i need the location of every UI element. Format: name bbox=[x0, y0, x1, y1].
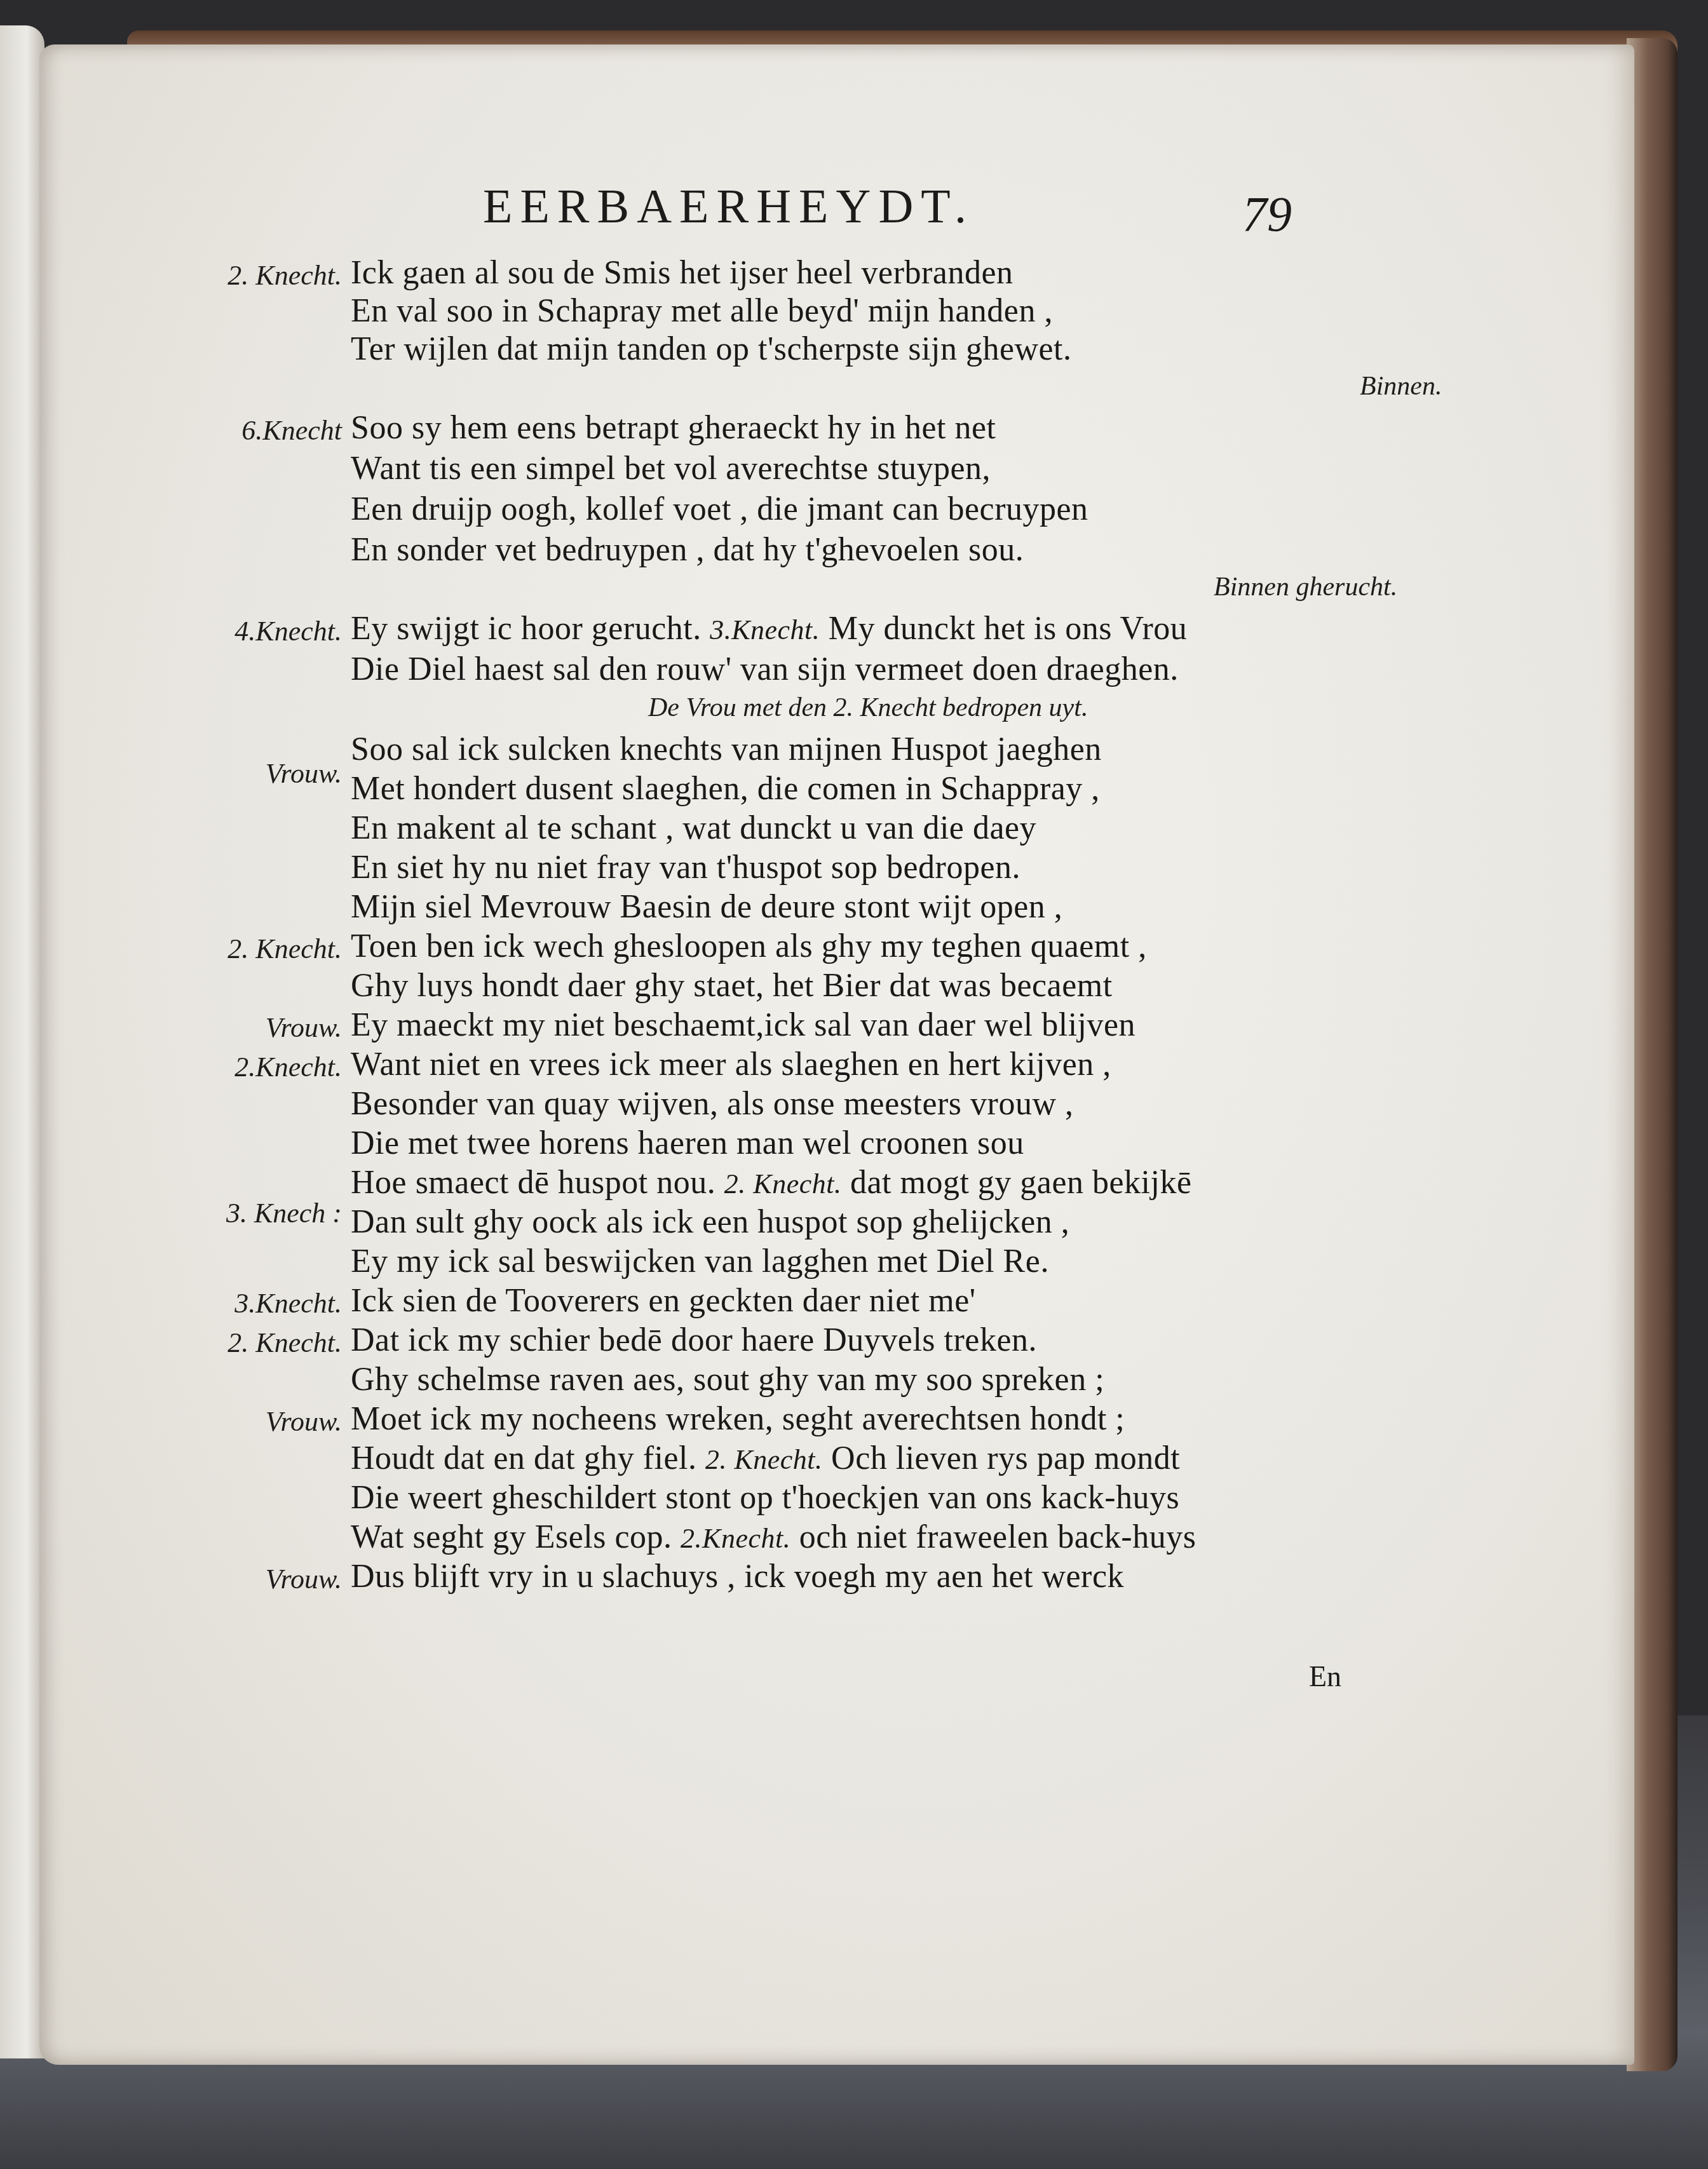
verse-text: Ter wijlen dat mijn tanden op t'scherpst… bbox=[351, 330, 1072, 368]
verse-line: Houdt dat en dat ghy fiel. 2. Knecht. Oc… bbox=[0, 1440, 1708, 1478]
verse-text-part: Hoe smaect dē huspot nou. bbox=[351, 1165, 715, 1201]
verse-line: Ghy luys hondt daer ghy staet, het Bier … bbox=[0, 967, 1708, 1005]
verse-text: Wat seght gy Esels cop. 2.Knecht. och ni… bbox=[351, 1518, 1196, 1556]
verse-line: Vrouw. Ey maeckt my niet beschaemt,ick s… bbox=[0, 1006, 1708, 1044]
page-number: 79 bbox=[1242, 186, 1292, 243]
verse-line: 6.Knecht Soo sy hem eens betrapt gheraec… bbox=[0, 409, 1708, 447]
verse-text: Houdt dat en dat ghy fiel. 2. Knecht. Oc… bbox=[351, 1440, 1180, 1477]
speaker-label: Vrouw. bbox=[266, 1011, 342, 1044]
verse-line: En siet hy nu niet fray van t'huspot sop… bbox=[0, 849, 1708, 887]
verse-line: Vrouw. Dus blijft vry in u slachuys , ic… bbox=[0, 1558, 1708, 1596]
verse-line: En val soo in Schapray met alle beyd' mi… bbox=[0, 292, 1708, 330]
speaker-label: 2. Knecht. bbox=[227, 259, 342, 292]
verse-text: Een druijp oogh, kollef voet , die jmant… bbox=[351, 490, 1088, 528]
verse-line: En makent al te schant , wat dunckt u va… bbox=[0, 809, 1708, 848]
verse-text-part: Houdt dat en dat ghy fiel. bbox=[351, 1440, 696, 1476]
verse-text-part: Wat seght gy Esels cop. bbox=[351, 1519, 672, 1555]
verse-line: 2. Knecht. Ick gaen al sou de Smis het i… bbox=[0, 254, 1708, 292]
verse-text: Soo sal ick sulcken knechts van mijnen H… bbox=[351, 731, 1102, 768]
verse-line: 2. Knecht. Toen ben ick wech ghesloopen … bbox=[0, 928, 1708, 966]
running-head: EERBAERHEYDT. bbox=[483, 179, 974, 234]
verse-text: Met hondert dusent slaeghen, die comen i… bbox=[351, 770, 1100, 807]
verse-text: Die met twee horens haeren man wel croon… bbox=[351, 1125, 1024, 1162]
verse-text: Dus blijft vry in u slachuys , ick voegh… bbox=[351, 1558, 1124, 1595]
verse-text: Ghy luys hondt daer ghy staet, het Bier … bbox=[351, 967, 1113, 1004]
verse-line: 4.Knecht. Ey swijgt ic hoor gerucht. 3.K… bbox=[0, 610, 1708, 648]
inline-speaker-label: 2. Knecht. bbox=[705, 1444, 823, 1475]
verse-line: Vrouw. Met hondert dusent slaeghen, die … bbox=[0, 770, 1708, 808]
verse-text: En val soo in Schapray met alle beyd' mi… bbox=[351, 292, 1053, 330]
verse-line: Ter wijlen dat mijn tanden op t'scherpst… bbox=[0, 330, 1708, 368]
inline-speaker-label: 2. Knecht. bbox=[724, 1168, 842, 1199]
verse-line: Wat seght gy Esels cop. 2.Knecht. och ni… bbox=[0, 1518, 1708, 1557]
verse-line: En sonder vet bedruypen , dat hy t'ghevo… bbox=[0, 531, 1708, 569]
verse-text-part: och niet fraweelen back-huys bbox=[799, 1519, 1196, 1555]
verse-text: Moet ick my nocheens wreken, seght avere… bbox=[351, 1400, 1125, 1438]
verse-line: 2. Knecht. Dat ick my schier bedē door h… bbox=[0, 1321, 1708, 1360]
verse-text: Ey my ick sal beswijcken van lagghen met… bbox=[351, 1243, 1049, 1280]
speaker-label: Vrouw. bbox=[266, 757, 342, 790]
verse-text: Ghy schelmse raven aes, sout ghy van my … bbox=[351, 1361, 1104, 1398]
speaker-label: Vrouw. bbox=[266, 1563, 342, 1595]
verse-line: Hoe smaect dē huspot nou. 2. Knecht. dat… bbox=[0, 1164, 1708, 1202]
stage-direction: De Vrou met den 2. Knecht bedropen uyt. bbox=[0, 693, 1708, 731]
verse-line: Ey my ick sal beswijcken van lagghen met… bbox=[0, 1243, 1708, 1281]
speaker-label: 6.Knecht bbox=[241, 414, 342, 447]
verse-line: Vrouw. Moet ick my nocheens wreken, segh… bbox=[0, 1400, 1708, 1438]
verse-line: Die met twee horens haeren man wel croon… bbox=[0, 1125, 1708, 1163]
verse-text: Ick gaen al sou de Smis het ijser heel v… bbox=[351, 254, 1013, 292]
verse-text: Ey swijgt ic hoor gerucht. 3.Knecht. My … bbox=[351, 610, 1187, 647]
verse-line: 3.Knecht. Ick sien de Tooverers en geckt… bbox=[0, 1282, 1708, 1320]
speaker-label: 3.Knecht. bbox=[234, 1287, 342, 1320]
speaker-label: 2. Knecht. bbox=[227, 933, 342, 965]
verse-text: Ick sien de Tooverers en geckten daer ni… bbox=[351, 1282, 976, 1320]
verse-text: Ey maeckt my niet beschaemt,ick sal van … bbox=[351, 1006, 1135, 1044]
speaker-label: 3. Knech : bbox=[226, 1197, 342, 1229]
stage-direction-text: De Vrou met den 2. Knecht bedropen uyt. bbox=[648, 693, 1088, 723]
verse-line: Besonder van quay wijven, als onse meest… bbox=[0, 1085, 1708, 1123]
verse-text-part: Och lieven rys pap mondt bbox=[831, 1440, 1180, 1476]
verse-text-part: Ey swijgt ic hoor gerucht. bbox=[351, 611, 701, 647]
verse-line: 2.Knecht. Want niet en vrees ick meer al… bbox=[0, 1046, 1708, 1084]
verse-text: Want tis een simpel bet vol averechtse s… bbox=[351, 450, 991, 487]
verse-line: Ghy schelmse raven aes, sout ghy van my … bbox=[0, 1361, 1708, 1399]
inline-speaker-label: 2.Knecht. bbox=[681, 1523, 790, 1554]
verse-line: Soo sal ick sulcken knechts van mijnen H… bbox=[0, 731, 1708, 769]
verse-text: Toen ben ick wech ghesloopen als ghy my … bbox=[351, 928, 1147, 965]
stage-direction-text: Binnen. bbox=[1360, 371, 1442, 402]
speaker-label: Vrouw. bbox=[266, 1405, 342, 1438]
inline-speaker-label: 3.Knecht. bbox=[710, 614, 820, 645]
verse-text: En siet hy nu niet fray van t'huspot sop… bbox=[351, 849, 1020, 886]
verse-text-part: My dunckt het is ons Vrou bbox=[829, 611, 1188, 647]
verse-text: Soo sy hem eens betrapt gheraeckt hy in … bbox=[351, 409, 996, 447]
catchword: En bbox=[1309, 1659, 1341, 1693]
verse-text-part: dat mogt gy gaen bekijkē bbox=[850, 1165, 1192, 1201]
speaker-label: 2.Knecht. bbox=[234, 1051, 342, 1083]
stage-direction: Binnen gherucht. bbox=[0, 572, 1708, 610]
verse-line: Een druijp oogh, kollef voet , die jmant… bbox=[0, 490, 1708, 529]
verse-line: Want tis een simpel bet vol averechtse s… bbox=[0, 450, 1708, 488]
verse-text: Die Diel haest sal den rouw' van sijn ve… bbox=[351, 651, 1179, 688]
verse-text: Mijn siel Mevrouw Baesin de deure stont … bbox=[351, 888, 1062, 926]
verse-line: Mijn siel Mevrouw Baesin de deure stont … bbox=[0, 888, 1708, 926]
verse-text: Want niet en vrees ick meer als slaeghen… bbox=[351, 1046, 1111, 1083]
verse-text: Besonder van quay wijven, als onse meest… bbox=[351, 1085, 1073, 1123]
verse-text: En makent al te schant , wat dunckt u va… bbox=[351, 809, 1036, 847]
speaker-label: 4.Knecht. bbox=[234, 615, 342, 647]
verse-text: Die weert gheschildert stont op t'hoeckj… bbox=[351, 1479, 1179, 1517]
stage-direction-text: Binnen gherucht. bbox=[1214, 572, 1397, 602]
verse-text: Hoe smaect dē huspot nou. 2. Knecht. dat… bbox=[351, 1164, 1192, 1201]
verse-line: Die Diel haest sal den rouw' van sijn ve… bbox=[0, 651, 1708, 689]
verse-text: Dan sult ghy oock als ick een huspot sop… bbox=[351, 1203, 1069, 1241]
stage-direction: Binnen. bbox=[0, 371, 1708, 409]
verse-text: Dat ick my schier bedē door haere Duyvel… bbox=[351, 1321, 1037, 1359]
speaker-label: 2. Knecht. bbox=[227, 1327, 342, 1359]
verse-line: Die weert gheschildert stont op t'hoeckj… bbox=[0, 1479, 1708, 1517]
verse-line: 3. Knech : Dan sult ghy oock als ick een… bbox=[0, 1203, 1708, 1241]
verse-text: En sonder vet bedruypen , dat hy t'ghevo… bbox=[351, 531, 1024, 569]
